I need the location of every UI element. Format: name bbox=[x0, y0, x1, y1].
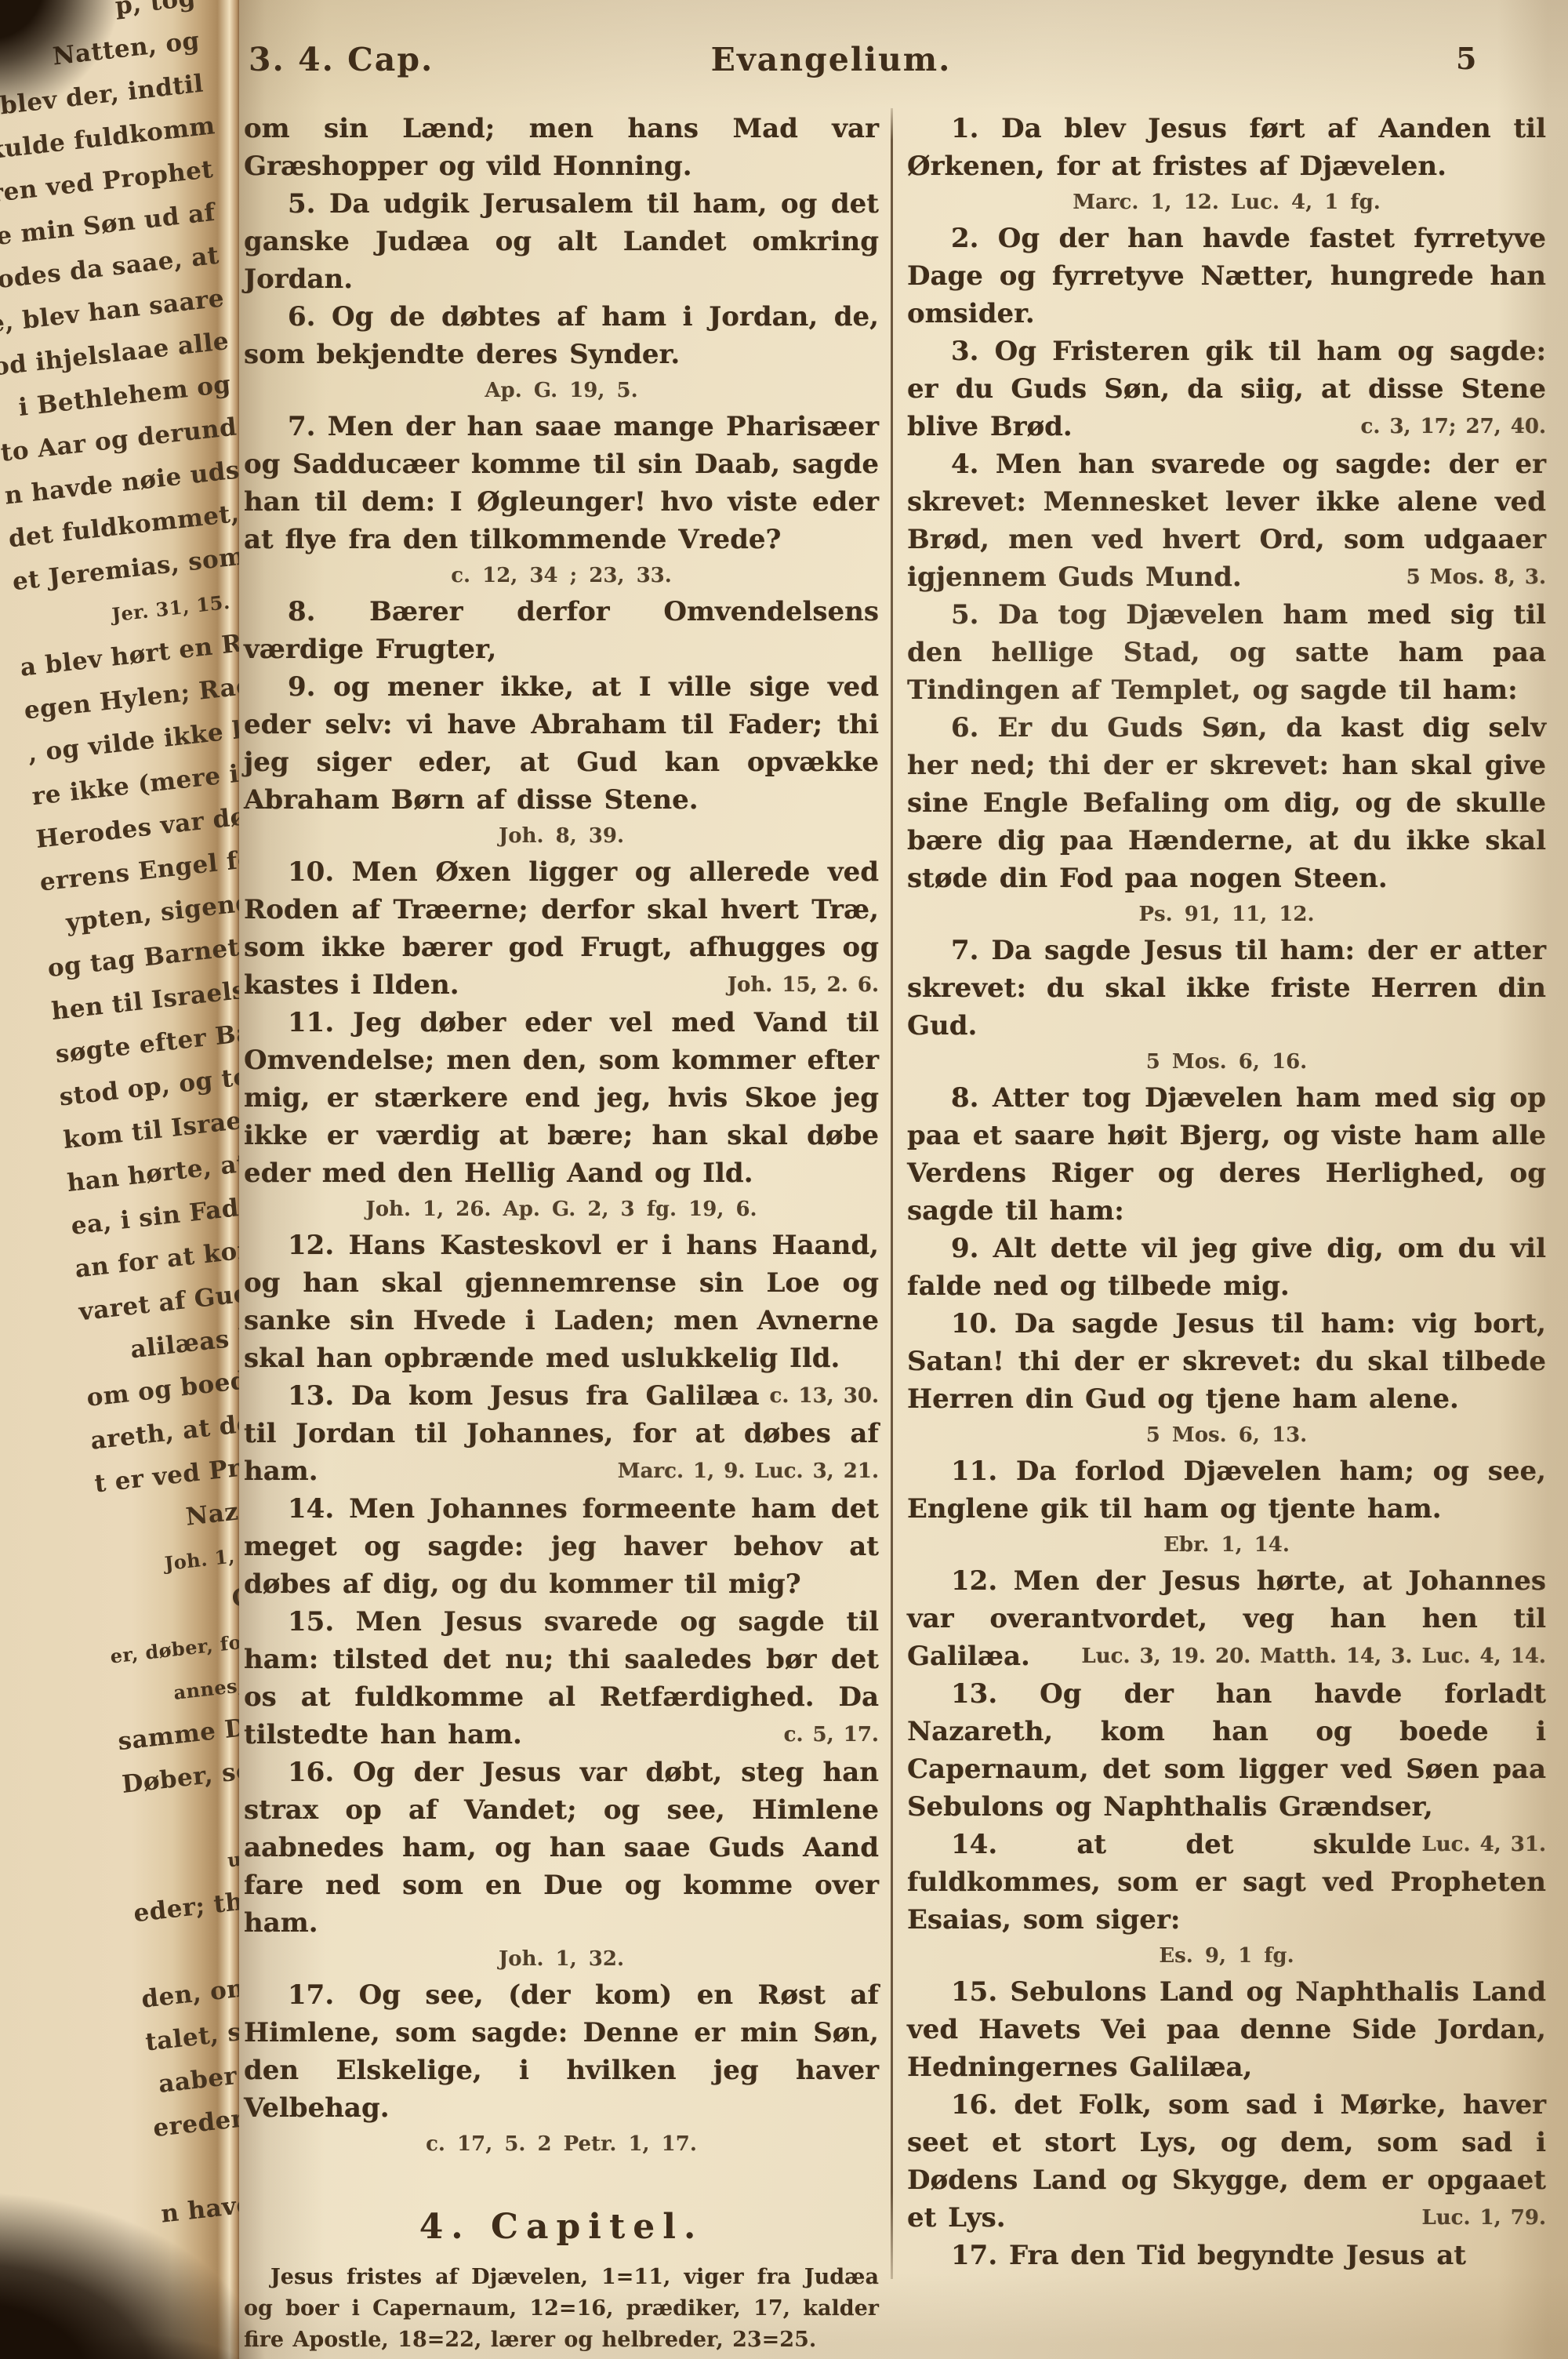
verse-reference-inline: c. 5, 17. bbox=[774, 1716, 879, 1754]
gutter-previous-page: p, togNatten, ogblev der, indtilskulde f… bbox=[0, 0, 239, 2359]
page-header: 3. 4. Cap. Evangelium. 5 bbox=[239, 41, 1568, 96]
verse-paragraph: 7. Men der han saae mange Pharisæer og S… bbox=[244, 408, 879, 558]
verse-paragraph: 11. Da forlod Djævelen ham; og see, Engl… bbox=[907, 1452, 1546, 1528]
chapter-heading: 4. Capitel. bbox=[244, 2207, 879, 2248]
verse-reference-centered: Es. 9, 1 fg. bbox=[907, 1939, 1546, 1973]
verse-paragraph: 1. Da blev Jesus ført af Aanden til Ørke… bbox=[907, 110, 1546, 185]
verse-reference-centered: c. 17, 5. 2 Petr. 1, 17. bbox=[244, 2127, 879, 2161]
verse-paragraph: 5. Da udgik Jerusalem til ham, og det ga… bbox=[244, 185, 879, 298]
verse-reference-inline: Luc. 3, 19. 20. Matth. 14, 3. Luc. 4, 14… bbox=[1071, 1637, 1546, 1675]
verse-paragraph: 6. Og de døbtes af ham i Jordan, de, som… bbox=[244, 298, 879, 373]
bible-page: 3. 4. Cap. Evangelium. 5 om sin Lænd; me… bbox=[239, 0, 1568, 2359]
verse-reference-inline: Luc. 4, 31. bbox=[1411, 1826, 1546, 1863]
verse-paragraph: 3. Og Fristeren gik til ham og sagde: er… bbox=[907, 333, 1546, 445]
verse-reference-centered: Joh. 1, 32. bbox=[244, 1942, 879, 1976]
verse-paragraph: 13. Og der han havde forladt Nazareth, k… bbox=[907, 1675, 1546, 1826]
header-page-number: 5 bbox=[1456, 41, 1476, 76]
verse-paragraph: 8. Atter tog Djævelen ham med sig op paa… bbox=[907, 1079, 1546, 1230]
verse-paragraph: 10. Da sagde Jesus til ham: vig bort, Sa… bbox=[907, 1305, 1546, 1418]
left-column: om sin Lænd; men hans Mad var Græshopper… bbox=[244, 110, 879, 2356]
header-chapter-range: 3. 4. Cap. bbox=[249, 41, 434, 78]
verse-paragraph: 8. Bærer derfor Omvendelsens værdige Fru… bbox=[244, 593, 879, 668]
verse-paragraph: 4. Men han svarede og sagde: der er skre… bbox=[907, 445, 1546, 596]
verse-reference-centered: Ebr. 1, 14. bbox=[907, 1528, 1546, 1562]
gutter-text-fragments: p, togNatten, ogblev der, indtilskulde f… bbox=[0, 0, 239, 2237]
verse-paragraph: 16. Og der Jesus var døbt, steg han stra… bbox=[244, 1754, 879, 1942]
verse-reference-centered: Joh. 8, 39. bbox=[244, 819, 879, 853]
header-title: Evangelium. bbox=[711, 41, 952, 78]
verse-paragraph: 11. Jeg døber eder vel med Vand til Omve… bbox=[244, 1004, 879, 1192]
verse-paragraph: 9. og mener ikke, at I ville sige ved ed… bbox=[244, 668, 879, 819]
verse-paragraph: 10. Men Øxen ligger og allerede ved Rode… bbox=[244, 853, 879, 1004]
verse-reference-inline: 5 Mos. 8, 3. bbox=[1396, 558, 1546, 596]
verse-paragraph: 6. Er du Guds Søn, da kast dig selv her … bbox=[907, 709, 1546, 897]
book-photo: p, togNatten, ogblev der, indtilskulde f… bbox=[0, 0, 1568, 2359]
verse-reference-centered: Ap. G. 19, 5. bbox=[244, 373, 879, 408]
verse-paragraph: 12. Hans Kasteskovl er i hans Haand, og … bbox=[244, 1227, 879, 1377]
verse-reference-inline: c. 3, 17; 27, 40. bbox=[1351, 408, 1546, 445]
verse-paragraph: 9. Alt dette vil jeg give dig, om du vil… bbox=[907, 1230, 1546, 1305]
verse-reference-centered: 5 Mos. 6, 13. bbox=[907, 1418, 1546, 1452]
verse-paragraph: 7. Da sagde Jesus til ham: der er atter … bbox=[907, 932, 1546, 1045]
verse-paragraph: 17. Fra den Tid begyndte Jesus at bbox=[907, 2237, 1546, 2274]
verse-reference-centered: c. 12, 34 ; 23, 33. bbox=[244, 558, 879, 593]
verse-paragraph: 2. Og der han havde fastet fyrretyve Dag… bbox=[907, 220, 1546, 333]
verse-reference-inline: Luc. 1, 79. bbox=[1411, 2199, 1546, 2237]
verse-reference-inline: c. 13, 30. bbox=[760, 1377, 879, 1415]
verse-reference-centered: Joh. 1, 26. Ap. G. 2, 3 fg. 19, 6. bbox=[244, 1192, 879, 1227]
verse-paragraph: 17. Og see, (der kom) en Røst af Himlene… bbox=[244, 1976, 879, 2127]
verse-reference-centered: Marc. 1, 12. Luc. 4, 1 fg. bbox=[907, 185, 1546, 220]
verse-paragraph: om sin Lænd; men hans Mad var Græshopper… bbox=[244, 110, 879, 185]
verse-reference-inline: Joh. 15, 2. 6. bbox=[717, 966, 879, 1004]
right-column: 1. Da blev Jesus ført af Aanden til Ørke… bbox=[907, 110, 1546, 2274]
verse-paragraph: 12. Men der Jesus hørte, at Johannes var… bbox=[907, 1562, 1546, 1675]
verse-reference-inline: Marc. 1, 9. Luc. 3, 21. bbox=[608, 1452, 879, 1490]
verse-paragraph: 15. Men Jesus svarede og sagde til ham: … bbox=[244, 1603, 879, 1754]
column-rule bbox=[891, 108, 893, 2279]
verse-paragraph: 15. Sebulons Land og Naphthalis Land ved… bbox=[907, 1973, 1546, 2086]
verse-reference-centered: 5 Mos. 6, 16. bbox=[907, 1045, 1546, 1079]
verse-reference-centered: Ps. 91, 11, 12. bbox=[907, 897, 1546, 932]
verse-paragraph: 16. det Folk, som sad i Mørke, haver see… bbox=[907, 2086, 1546, 2237]
verse-paragraph: 5. Da tog Djævelen ham med sig til den h… bbox=[907, 596, 1546, 709]
verse-paragraph: 14. Men Johannes formeente ham det meget… bbox=[244, 1490, 879, 1603]
chapter-summary: Jesus fristes af Djævelen, 1=11, viger f… bbox=[244, 2262, 879, 2356]
